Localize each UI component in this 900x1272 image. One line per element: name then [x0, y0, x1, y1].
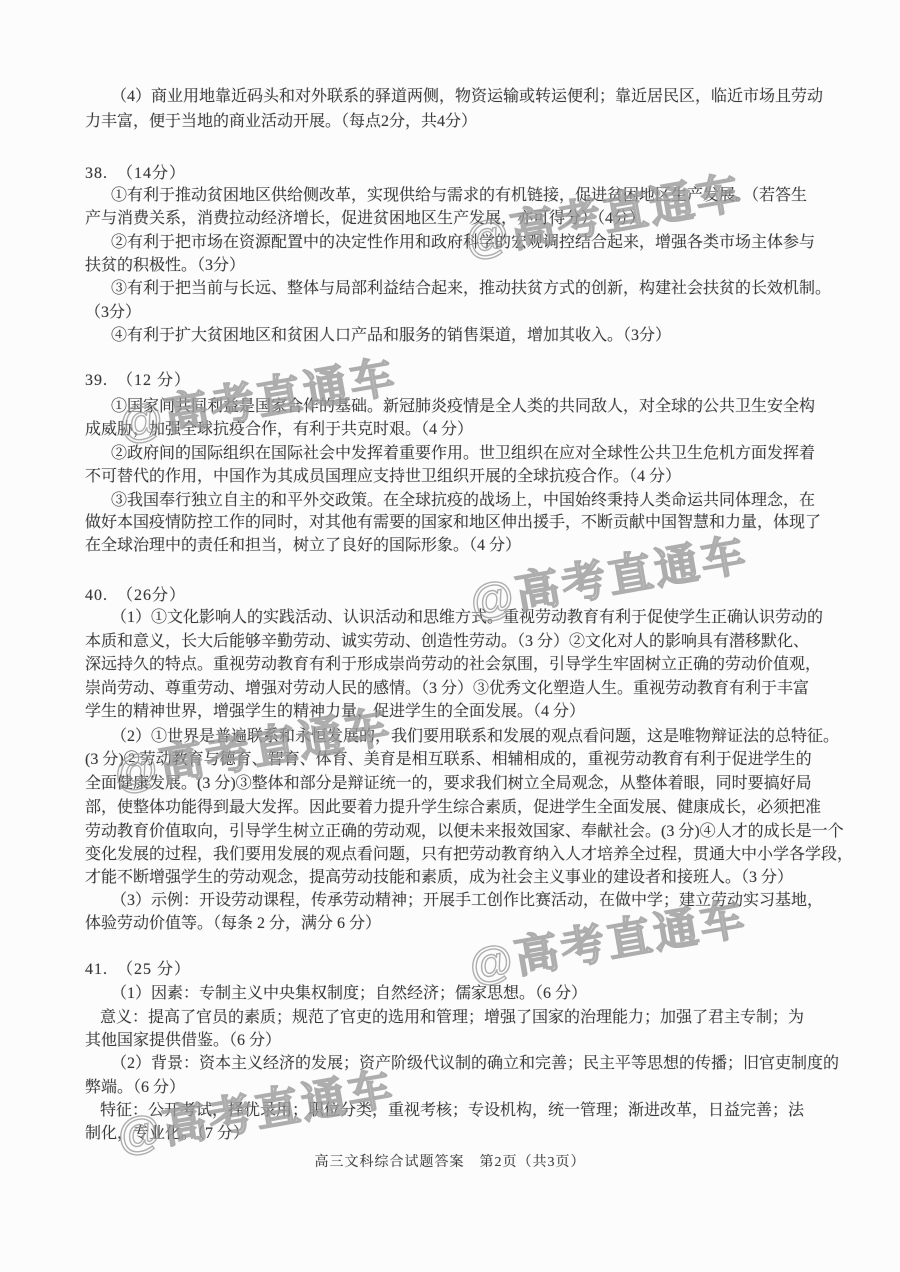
- answer-line: 本质和意义，长大后能够辛勤劳动、诚实劳动、创造性劳动。（3 分）②文化对人的影响…: [85, 632, 809, 652]
- answer-line: ③有利于把当前与长远、整体与局部利益结合起来，推动扶贫方式的创新，构建社会扶贫的…: [111, 279, 831, 299]
- answer-line: 体验劳动价值等。（每条 2 分，满分 6 分）: [85, 914, 381, 934]
- answer-line: （4）商业用地靠近码头和对外联系的驿道两侧，物资运输或转运便利；靠近居民区，临近…: [111, 87, 823, 107]
- answer-line: 力丰富，便于当地的商业活动开展。（每点2分，共4分）: [85, 112, 477, 132]
- answer-line: （1）①文化影响人的实践活动、认识活动和思维方式。重视劳动教育有利于促使学生正确…: [111, 608, 823, 628]
- answer-line: 劳动教育价值取向，引导学生树立正确的劳动观，以便未来报效国家、奉献社会。(3 分…: [85, 822, 844, 842]
- answer-line: 在全球治理中的责任和担当，树立了良好的国际形象。（4 分）: [85, 536, 521, 556]
- answer-line: ③我国奉行独立自主的和平外交政策。在全球抗疫的战场上，中国始终秉持人类命运共同体…: [111, 491, 815, 511]
- scanned-answer-page: （4）商业用地靠近码头和对外联系的驿道两侧，物资运输或转运便利；靠近居民区，临近…: [0, 0, 900, 1272]
- question-40-header: 40. （26分）: [85, 586, 186, 606]
- answer-line: 变化发展的过程，我们要用发展的观点看问题，只有把劳动教育纳入人才培养全过程，贯通…: [85, 845, 853, 865]
- answer-line: 部，使整体功能得到最大发挥。因此要着力提升学生综合素质，促进学生全面发展、健康成…: [85, 798, 821, 818]
- question-38-header: 38. （14分）: [85, 164, 186, 184]
- answer-line: 其他国家提供借鉴。（6 分）: [85, 1031, 281, 1051]
- answer-line: 深远持久的特点。重视劳动教育有利于形成崇尚劳动的社会氛围，引导学生牢固树立正确的…: [85, 655, 821, 675]
- answer-line: （1）因素：专制主义中央集权制度；自然经济；儒家思想。（6 分）: [111, 984, 587, 1004]
- answer-line: 意义：提高了官员的素质；规范了官吏的选用和管理；增强了国家的治理能力；加强了君主…: [100, 1008, 804, 1028]
- answer-line: （2）背景：资本主义经济的发展；资产阶级代议制的确立和完善；民主平等思想的传播；…: [111, 1054, 839, 1074]
- answer-line: ②有利于把市场在资源配置中的决定性作用和政府科学的宏观调控结合起来，增强各类市场…: [111, 233, 815, 253]
- question-41-header: 41. （25 分）: [85, 960, 191, 980]
- answer-line: 不可替代的作用，中国作为其成员国理应支持世卫组织开展的全球抗疫合作。（4 分）: [85, 467, 681, 487]
- answer-line: ④有利于扩大贫困地区和贫困人口产品和服务的销售渠道，增加其收入。（3分）: [111, 326, 671, 346]
- answer-line: （3分）: [85, 303, 141, 323]
- answer-line: 才能不断增强学生的劳动观念，提高劳动技能和素质，成为社会主义事业的建设者和接班人…: [85, 868, 793, 888]
- answer-line: 扶贫的积极性。（3分）: [85, 256, 245, 276]
- answer-line: 崇尚劳动、尊重劳动、增强对劳动人民的感情。（3 分）③优秀文化塑造人生。重视劳动…: [85, 679, 809, 699]
- answer-line: ②政府间的国际组织在国际社会中发挥着重要作用。世卫组织在应对全球性公共卫生危机方…: [111, 444, 815, 464]
